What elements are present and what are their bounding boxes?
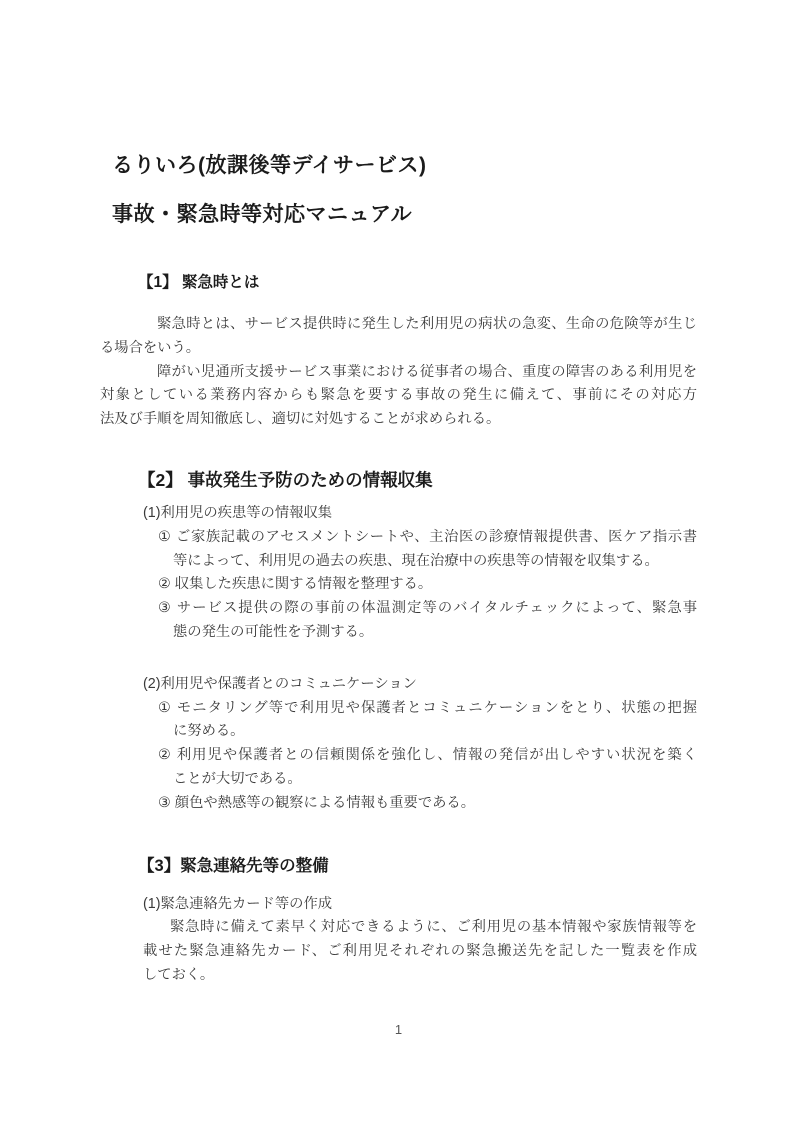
section-heading: 【3】緊急連絡先等の整備 <box>138 854 697 879</box>
section-heading: 【1】 緊急時とは <box>138 270 697 295</box>
paragraph: 緊急時とは、サービス提供時に発生した利用児の病状の急変、生命の危険等が生じる場合… <box>100 313 697 361</box>
text-line: 載せた緊急連絡先カード、ご利用児それぞれの緊急搬送先を記した一覧表を作成 <box>100 940 697 964</box>
section-heading: 【2】 事故発生予防のための情報収集 <box>138 468 697 493</box>
document-subtitle: 事故・緊急時等対応マニュアル <box>112 202 697 228</box>
text-line: 障がい児通所支援サービス事業における従事者の場合、重度の障害のある利用児を <box>100 361 697 385</box>
list-item: ③ サービス提供の際の事前の体温測定等のバイタルチェックによって、緊急事態の発生… <box>100 597 697 645</box>
list-item: ① ご家族記載のアセスメントシートや、主治医の診療情報提供書、医ケア指示書等によ… <box>100 526 697 574</box>
text-line: ③ サービス提供の際の事前の体温測定等のバイタルチェックによって、緊急事 <box>100 597 697 621</box>
list-item: ② 収集した疾患に関する情報を整理する。 <box>100 573 697 597</box>
text-line: しておく。 <box>100 964 697 988</box>
text-line: ことが大切である。 <box>100 768 697 792</box>
text-line: に努める。 <box>100 720 697 744</box>
text-line: ② 収集した疾患に関する情報を整理する。 <box>100 573 697 597</box>
list-item: ② 利用児や保護者との信頼関係を強化し、情報の発信が出しやすい状況を築くことが大… <box>100 744 697 792</box>
section: 【3】緊急連絡先等の整備(1)緊急連絡先カード等の作成緊急時に備えて素早く対応で… <box>100 854 697 988</box>
document-title: るりいろ(放課後等デイサービス) <box>112 153 697 179</box>
text-line: 対象としている業務内容からも緊急を要する事故の発生に備えて、事前にその対応方 <box>100 384 697 408</box>
list-item: ① モニタリング等で利用児や保護者とコミュニケーションをとり、状態の把握に努める… <box>100 697 697 745</box>
section: 【2】 事故発生予防のための情報収集(1)利用児の疾患等の情報収集① ご家族記載… <box>100 468 697 816</box>
text-line: ① モニタリング等で利用児や保護者とコミュニケーションをとり、状態の把握 <box>100 697 697 721</box>
paragraph-indented: 緊急時に備えて素早く対応できるように、ご利用児の基本情報や家族情報等を載せた緊急… <box>100 916 697 987</box>
text-line: 態の発生の可能性を予測する。 <box>100 621 697 645</box>
list-label: (1)緊急連絡先カード等の作成 <box>100 893 697 917</box>
list-label: (2)利用児や保護者とのコミュニケーション <box>100 673 697 697</box>
section: 【1】 緊急時とは緊急時とは、サービス提供時に発生した利用児の病状の急変、生命の… <box>100 270 697 432</box>
text-line: ③ 顔色や熱感等の観察による情報も重要である。 <box>100 792 697 816</box>
text-line: 等によって、利用児の過去の疾患、現在治療中の疾患等の情報を収集する。 <box>100 550 697 574</box>
text-line: 法及び手順を周知徹底し、適切に対処することが求められる。 <box>100 408 697 432</box>
text-line: 緊急時に備えて素早く対応できるように、ご利用児の基本情報や家族情報等を <box>100 916 697 940</box>
document-content: るりいろ(放課後等デイサービス) 事故・緊急時等対応マニュアル 【1】 緊急時と… <box>0 0 800 1040</box>
text-line: 緊急時とは、サービス提供時に発生した利用児の病状の急変、生命の危険等が生じ <box>100 313 697 337</box>
text-line: ② 利用児や保護者との信頼関係を強化し、情報の発信が出しやすい状況を築く <box>100 744 697 768</box>
page-number: 1 <box>100 1020 697 1040</box>
list-item: ③ 顔色や熱感等の観察による情報も重要である。 <box>100 792 697 816</box>
text-line: ① ご家族記載のアセスメントシートや、主治医の診療情報提供書、医ケア指示書 <box>100 526 697 550</box>
spacer <box>100 645 697 673</box>
list-label: (1)利用児の疾患等の情報収集 <box>100 502 697 526</box>
paragraph: 障がい児通所支援サービス事業における従事者の場合、重度の障害のある利用児を対象と… <box>100 361 697 432</box>
text-line: る場合をいう。 <box>100 337 697 361</box>
sections: 【1】 緊急時とは緊急時とは、サービス提供時に発生した利用児の病状の急変、生命の… <box>100 270 697 988</box>
document-page: るりいろ(放課後等デイサービス) 事故・緊急時等対応マニュアル 【1】 緊急時と… <box>0 0 800 1131</box>
